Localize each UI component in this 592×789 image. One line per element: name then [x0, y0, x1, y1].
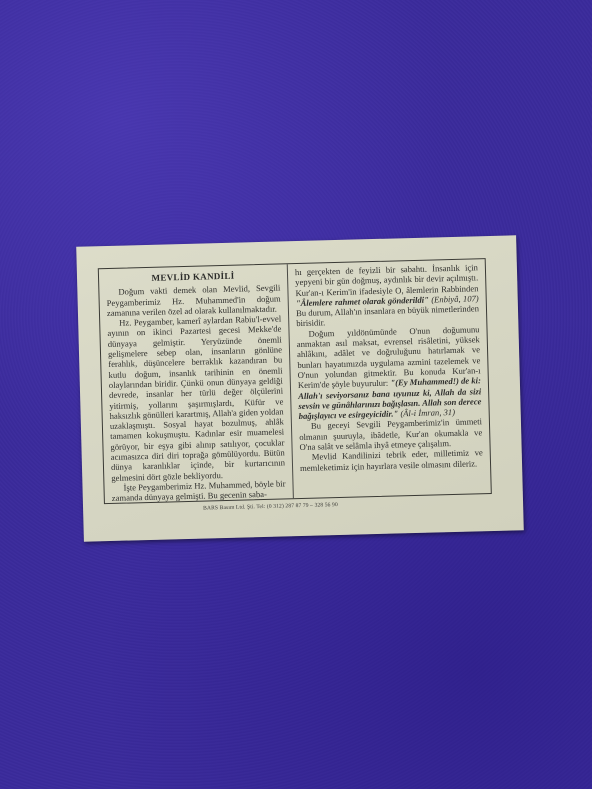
right-column: hı gerçekten de feyizli bir sabahtı. İns…: [288, 259, 491, 498]
text-segment: hı gerçekten de feyizli bir sabahtı. İns…: [295, 262, 479, 297]
paragraph-7: Mevlid Kandilinizi tebrik eder, milletim…: [300, 448, 483, 473]
mevlid-kandili-card: MEVLİD KANDİLİ Doğum vakti demek olan Me…: [76, 235, 524, 541]
paragraph-6: Bu geceyi Sevgili Peygamberimiz'in ümmet…: [299, 417, 483, 453]
card-text-frame: MEVLİD KANDİLİ Doğum vakti demek olan Me…: [98, 258, 492, 504]
paragraph-3: İşte Peygamberimiz Hz. Muhammed, böyle b…: [111, 478, 285, 503]
paragraph-1: Doğum vakti demek olan Mevlid, Sevgili P…: [106, 283, 281, 318]
printer-footer: BARS Basım Ltd. Şti. Tel: (0 312) 287 87…: [203, 502, 338, 512]
left-column: MEVLİD KANDİLİ Doğum vakti demek olan Me…: [99, 264, 294, 503]
paragraph-5: Doğum yıldönümünde O'nun doğumunu anmakt…: [296, 324, 481, 421]
card-title: MEVLİD KANDİLİ: [106, 269, 280, 284]
paragraph-2: Hz. Peygamber, kamerî aylardan Rabiu'l-e…: [107, 314, 285, 483]
paragraph-4: hı gerçekten de feyizli bir sabahtı. İns…: [295, 262, 480, 329]
